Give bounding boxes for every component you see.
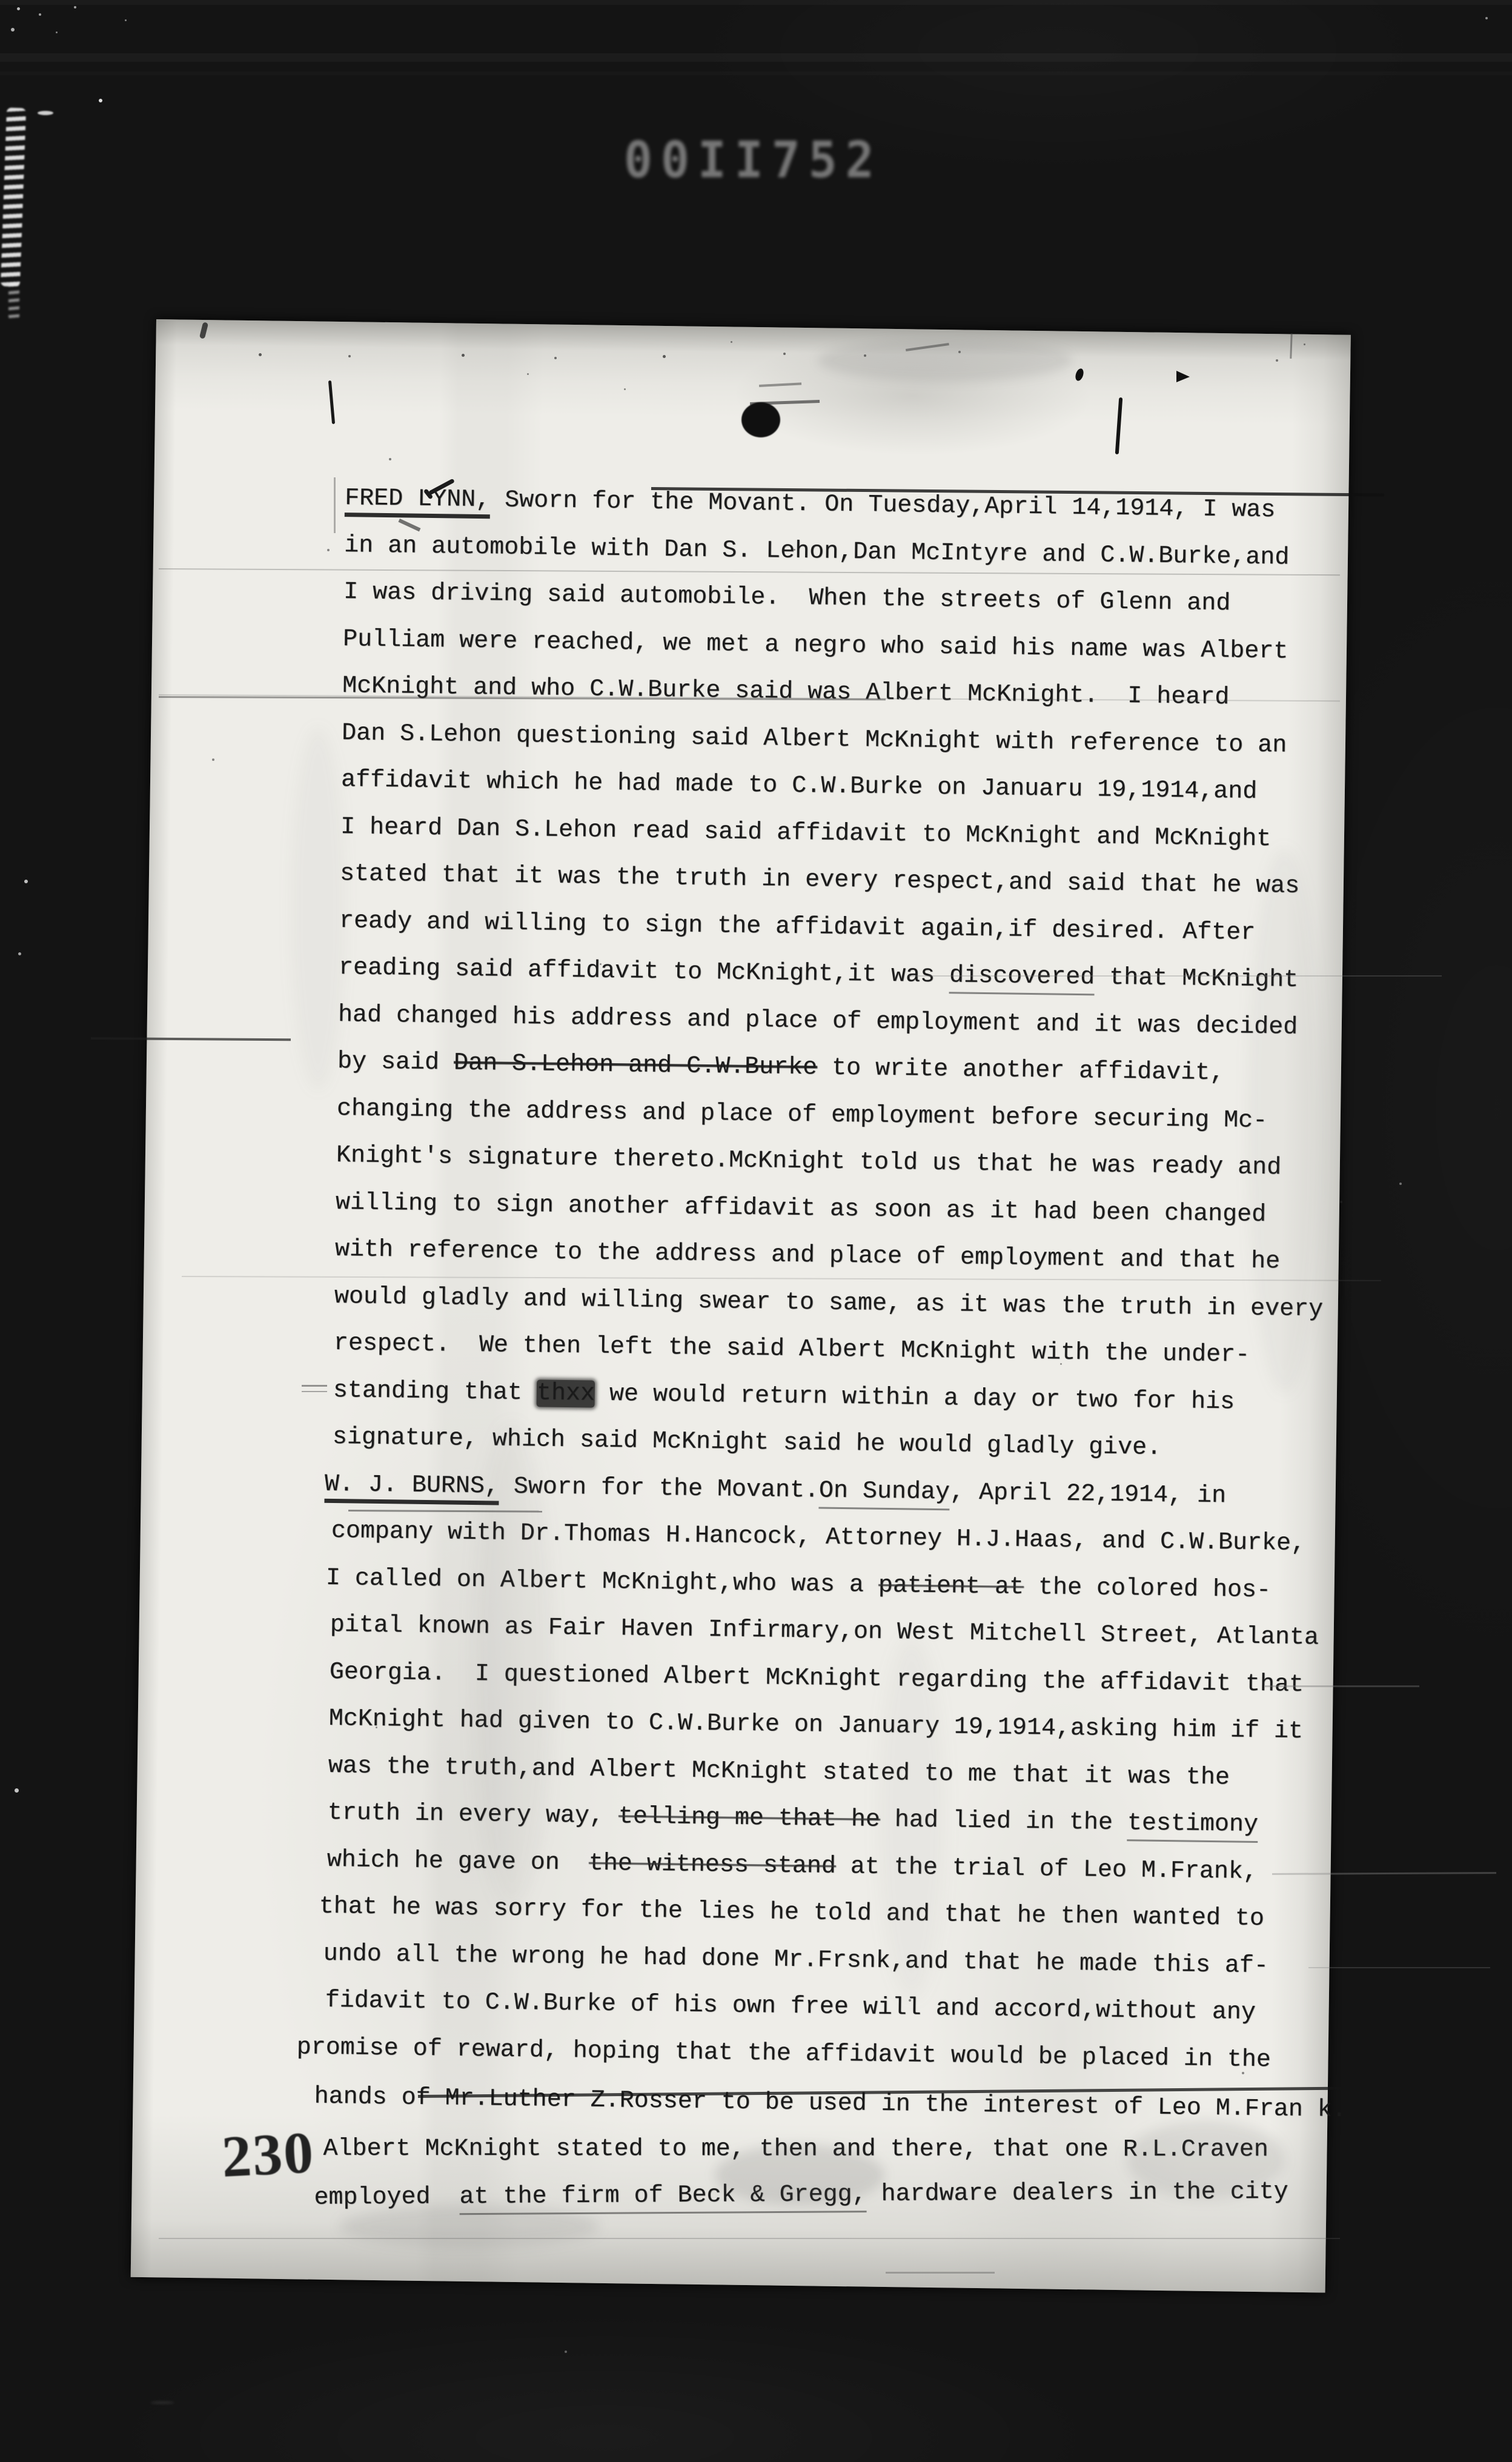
text-segment: W. J. BURNS,: [324, 1470, 499, 1505]
scan-speck: [389, 458, 391, 460]
text-segment: we would return within a day or two for …: [595, 1380, 1235, 1416]
scan-speck: [212, 758, 214, 761]
text-segment: signature, which said McKnight said he w…: [333, 1424, 1162, 1462]
scan-speck: [909, 1999, 911, 2002]
scan-speck: [715, 2145, 884, 2205]
scan-speck: [39, 13, 41, 16]
scan-speck: [15, 1788, 19, 1793]
text-segment: Sworn for the Movant.: [499, 1473, 820, 1504]
affidavit-text-block: FRED LYNN, Sworn for the Movant. On Tues…: [345, 475, 1436, 489]
scan-speck: [1006, 549, 1009, 552]
text-segment: which he gave on: [327, 1846, 589, 1877]
scan-speck: [731, 341, 732, 343]
text-segment: undo all the wrong he had done Mr.Frsnk,…: [323, 1940, 1268, 1979]
scan-speck: [462, 354, 465, 357]
text-segment: respect. We then left the said Albert Mc…: [334, 1330, 1250, 1369]
scan-artifact-line: [909, 975, 1442, 977]
scan-speck: [17, 7, 20, 10]
scan-speck: [99, 99, 102, 102]
film-band: [0, 53, 1512, 62]
film-edge-streak: [1, 108, 26, 287]
text-segment: patient at: [878, 1571, 1024, 1601]
text-segment: I heard Dan S.Lehon read said affidavit …: [340, 814, 1272, 853]
scan-speck: [24, 880, 28, 883]
scan-speck: [1485, 17, 1488, 19]
text-segment: had changed his address and place of emp…: [338, 1001, 1298, 1041]
scan-speck: [291, 727, 345, 1090]
text-segment: that he was sorry for the lies he told a…: [319, 1893, 1264, 1933]
text-segment: the colored hos-: [1024, 1573, 1272, 1604]
scan-speck: [125, 19, 127, 21]
text-segment: thxx: [537, 1379, 595, 1407]
scan-artifact-line: [1308, 1967, 1490, 1968]
text-segment: telling me that he: [618, 1803, 880, 1834]
ink-triangle-mark: [1176, 371, 1190, 382]
text-segment: testimony: [1127, 1810, 1258, 1843]
scan-speck: [878, 1636, 945, 1999]
text-segment: would gladly and willing swear to same, …: [334, 1282, 1324, 1322]
scan-speck: [624, 388, 626, 390]
scan-speck: [339, 2205, 600, 2248]
text-segment: stated that it was the truth in every re…: [340, 860, 1300, 900]
text-segment: Knight's signature thereto.McKnight told…: [336, 1142, 1282, 1181]
text-segment: I called on Albert McKnight,who was a: [326, 1564, 879, 1599]
film-edge-streak-tail: [8, 284, 19, 320]
text-segment: , April 22,1914, in: [950, 1479, 1227, 1510]
text-segment: in an automobile with Dan S. Lehon,Dan M…: [344, 532, 1290, 571]
scan-speck: [783, 353, 786, 355]
scan-speck: [663, 355, 666, 358]
scan-artifact-line: [302, 1391, 327, 1392]
ink-blob-mark: [741, 402, 780, 437]
text-segment: reading said affidavit to McKnight,it wa…: [339, 954, 950, 989]
scan-speck: [348, 355, 351, 357]
text-segment: Dan S.Lehon questioning said Albert McKn…: [342, 720, 1287, 759]
text-segment: promise of reward, hoping that the affid…: [296, 2034, 1271, 2074]
scan-speck: [376, 1727, 377, 1728]
text-segment: affidavit which he had made to C.W.Burke…: [341, 766, 1258, 806]
film-band: [0, 71, 1512, 75]
scan-speck: [1060, 1363, 1062, 1365]
scan-speck: [554, 357, 557, 359]
text-segment: discovered: [949, 962, 1095, 995]
scan-speck: [1276, 359, 1278, 362]
text-segment: standing that: [333, 1376, 537, 1406]
scan-speck: [472, 1424, 551, 1908]
scan-artifact-line: [159, 2238, 1340, 2239]
text-segment: Dan S.Lehon and C.W.Burke: [454, 1050, 818, 1082]
page-number-label: 230: [220, 2123, 316, 2187]
scan-speck: [11, 28, 15, 32]
text-segment: the witness stand: [588, 1850, 836, 1880]
film-scan-background: 00II752 FRED LYNN, Sworn for the Movant.…: [0, 0, 1512, 2462]
document-page: FRED LYNN, Sworn for the Movant. On Tues…: [131, 319, 1351, 2293]
scan-speck: [794, 549, 795, 551]
scan-speck: [565, 2351, 567, 2353]
text-segment: McKnight and who C.W.Burke said was Albe…: [342, 672, 1230, 711]
scan-speck: [150, 2401, 174, 2404]
text-segment: with reference to the address and place …: [335, 1236, 1281, 1275]
text-segment: was the truth,and Albert McKnight stated…: [328, 1752, 1230, 1791]
scan-speck: [38, 111, 53, 115]
scan-speck: [56, 32, 58, 33]
text-segment: changing the address and place of employ…: [337, 1095, 1268, 1135]
scan-speck: [600, 963, 602, 965]
text-segment: On Sunday: [819, 1477, 950, 1510]
text-segment: truth in every way,: [327, 1799, 618, 1830]
text-segment: fidavit to C.W.Burke of his own free wil…: [325, 1987, 1256, 2026]
scan-speck: [1127, 2120, 1284, 2199]
serial-stamp: 00II752: [624, 136, 883, 186]
scan-speck: [527, 373, 529, 375]
scan-speck: [327, 549, 330, 551]
scan-speck: [1399, 1183, 1402, 1185]
scan-artifact-line: [302, 1385, 327, 1387]
scan-artifact-line: [886, 2272, 995, 2274]
scan-speck: [1242, 2072, 1244, 2074]
scan-speck: [1248, 848, 1321, 1393]
scan-artifact-line: [1265, 1685, 1419, 1687]
text-segment: FRED LYNN,: [345, 485, 491, 519]
text-segment: willing to sign another affidavit as soo…: [336, 1189, 1267, 1229]
scan-speck: [1304, 343, 1305, 345]
scan-speck: [18, 952, 21, 955]
text-segment: I was driving said automobile. When the …: [343, 579, 1231, 617]
text-segment: Pulliam were reached, we met a negro who…: [343, 626, 1288, 665]
scan-speck: [259, 353, 262, 356]
scan-speck: [74, 6, 76, 8]
scan-artifact-line: [1272, 1872, 1496, 1875]
text-segment: to write another affidavit,: [817, 1054, 1225, 1087]
scan-speck: [1340, 1201, 1342, 1203]
text-segment: by said: [337, 1048, 454, 1077]
text-segment: ready and willing to sign the affidavit …: [339, 907, 1256, 947]
scan-speck: [818, 339, 1072, 382]
faint-vertical-mark: [334, 477, 336, 533]
